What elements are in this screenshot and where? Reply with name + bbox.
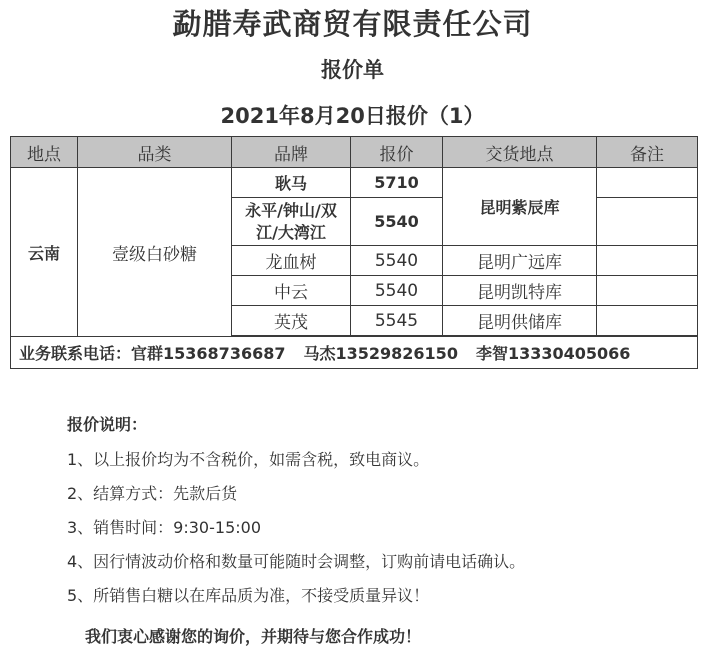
table-header-row: 地点 品类 品牌 报价 交货地点 备注 <box>11 137 698 168</box>
contact-cell: 业务联系电话：官群15368736687马杰13529826150李智13330… <box>11 337 698 369</box>
brand-cell: 中云 <box>232 276 351 306</box>
price-cell: 5545 <box>351 306 443 336</box>
brand-cell: 耿马 <box>232 168 351 198</box>
contact-row: 业务联系电话：官群15368736687马杰13529826150李智13330… <box>11 337 698 369</box>
company-title: 勐腊寿武商贸有限责任公司 <box>0 2 705 43</box>
brand-cell: 永平/钟山/双江/大湾江 <box>232 198 351 246</box>
note-item: 2、结算方式：先款后货 <box>67 483 525 505</box>
brand-cell: 龙血树 <box>232 246 351 276</box>
column-header-category: 品类 <box>78 137 232 168</box>
contact-person: 马杰13529826150 <box>303 344 457 363</box>
note-item: 1、以上报价均为不含税价，如需含税，致电商议。 <box>67 449 525 471</box>
price-table: 地点 品类 品牌 报价 交货地点 备注 云南 壹级白砂糖 耿马 5710 昆明紫… <box>10 136 698 369</box>
price-cell: 5540 <box>351 198 443 246</box>
note-cell <box>597 306 698 336</box>
delivery-cell: 昆明供储库 <box>443 306 597 336</box>
price-cell: 5540 <box>351 276 443 306</box>
quote-notes: 报价说明： 1、以上报价均为不含税价，如需含税，致电商议。 2、结算方式：先款后… <box>67 412 525 619</box>
note-item: 3、销售时间：9:30-15:00 <box>67 517 525 539</box>
column-header-price: 报价 <box>351 137 443 168</box>
price-cell: 5710 <box>351 168 443 198</box>
notes-heading: 报价说明： <box>67 412 525 435</box>
delivery-cell: 昆明广远库 <box>443 246 597 276</box>
note-cell <box>597 246 698 276</box>
column-header-brand: 品牌 <box>232 137 351 168</box>
note-cell <box>597 198 698 246</box>
location-cell: 云南 <box>11 168 78 337</box>
contact-person: 官群15368736687 <box>131 344 285 363</box>
note-item: 4、因行情波动价格和数量可能随时会调整，订购前请电话确认。 <box>67 551 525 573</box>
thanks-message: 我们衷心感谢您的询价，并期待与您合作成功！ <box>85 624 421 647</box>
table-row: 云南 壹级白砂糖 耿马 5710 昆明紫辰库 <box>11 168 698 198</box>
note-cell <box>597 276 698 306</box>
brand-cell: 英茂 <box>232 306 351 336</box>
contact-label: 业务联系电话： <box>19 344 131 363</box>
contact-person: 李智13330405066 <box>476 344 630 363</box>
price-cell: 5540 <box>351 246 443 276</box>
note-cell <box>597 168 698 198</box>
note-item: 5、所销售白糖以在库品质为准，不接受质量异议！ <box>67 585 525 607</box>
column-header-delivery: 交货地点 <box>443 137 597 168</box>
column-header-location: 地点 <box>11 137 78 168</box>
quote-date: 2021年8月20日报价（1） <box>0 100 705 130</box>
column-header-note: 备注 <box>597 137 698 168</box>
category-cell: 壹级白砂糖 <box>78 168 232 337</box>
document-type: 报价单 <box>0 54 705 84</box>
delivery-cell: 昆明紫辰库 <box>443 168 597 246</box>
delivery-cell: 昆明凯特库 <box>443 276 597 306</box>
